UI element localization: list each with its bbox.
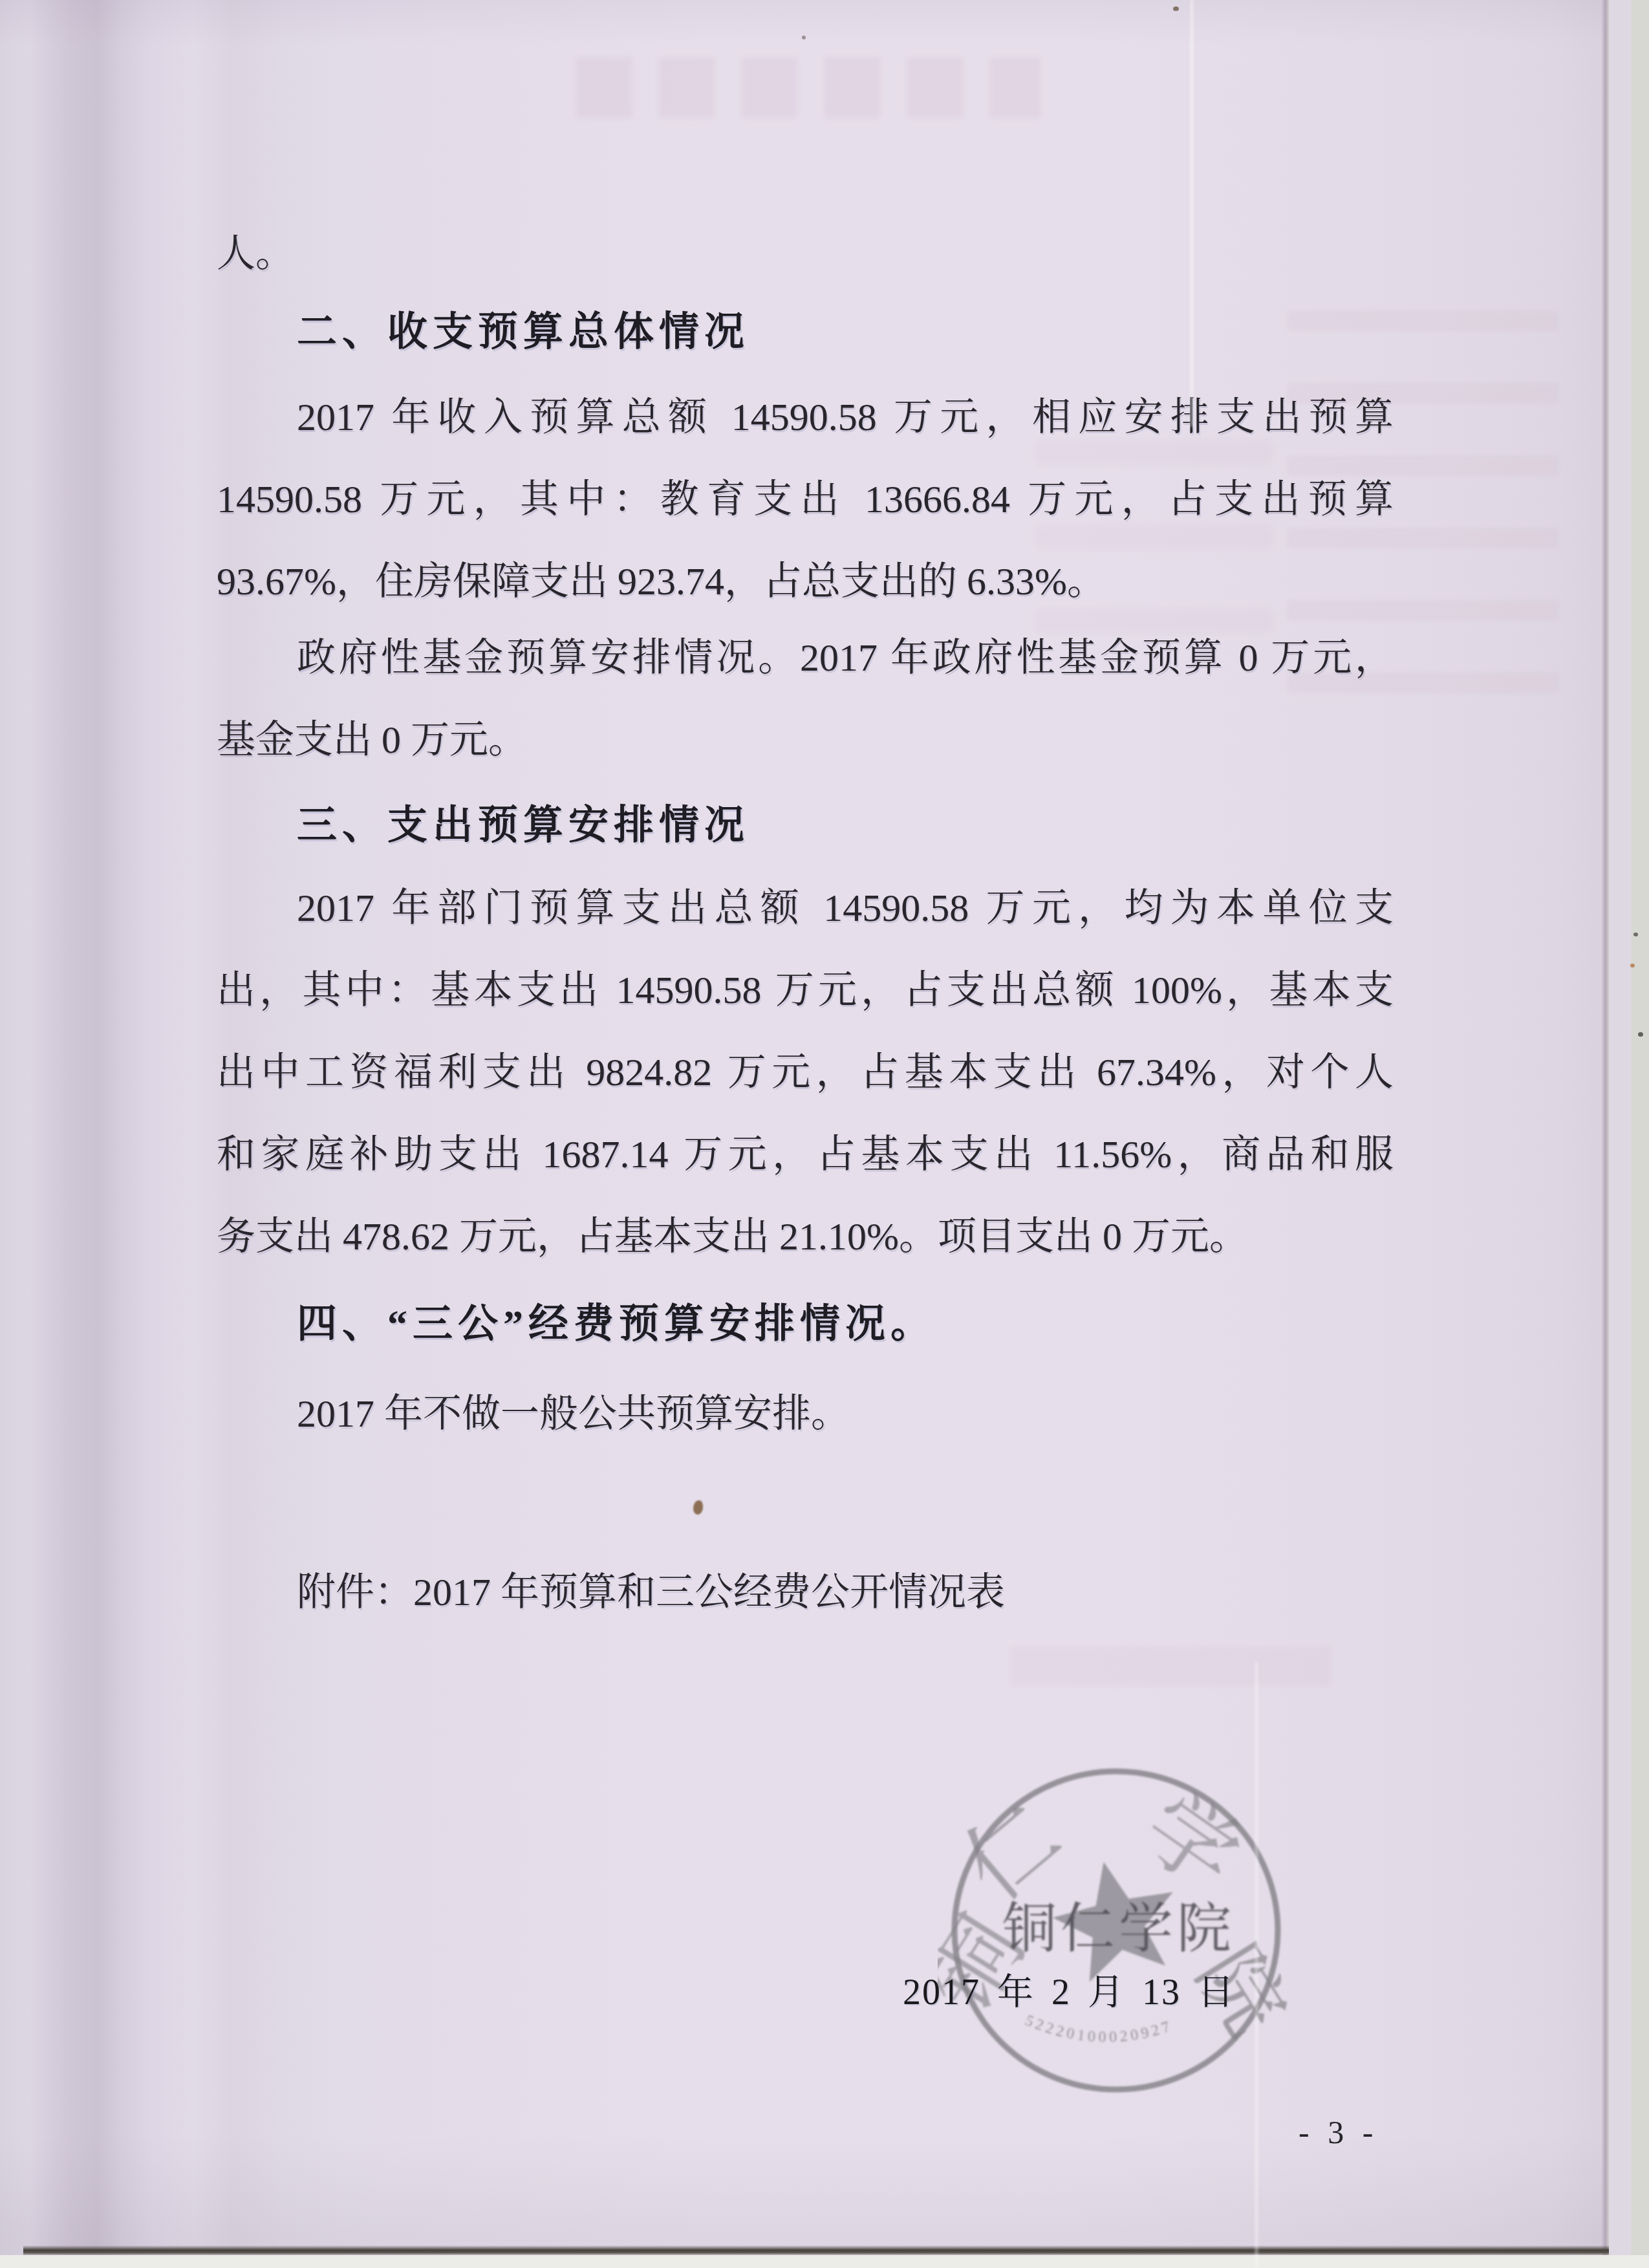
scanner-background-bottom xyxy=(0,2255,1649,2268)
body-text-line: 93.67%，住房保障支出 923.74，占总支出的 6.33%。 xyxy=(217,541,1394,623)
paper-crease xyxy=(1255,1662,1258,2268)
body-text-line: 务支出 478.62 万元，占基本支出 21.10%。项目支出 0 万元。 xyxy=(217,1196,1394,1278)
body-text-line: 2017 年收入预算总额 14590.58 万元，相应安排支出预算 xyxy=(217,376,1394,459)
dust-speck xyxy=(1633,933,1638,936)
page-bottom-edge xyxy=(23,2245,1609,2256)
attachment-line-block: 附件：2017 年预算和三公经费公开情况表 xyxy=(217,1551,1394,1634)
seal-arc-char: 学 xyxy=(1125,1775,1257,1909)
body-text-line: 基金支出 0 万元。 xyxy=(217,699,1394,781)
section-heading-4: 四、“三公”经费预算安排情况。 xyxy=(297,1284,936,1366)
dust-speck xyxy=(1630,964,1635,967)
under-page-sliver xyxy=(1609,0,1631,2256)
scanner-background-right xyxy=(1631,0,1649,2268)
body-text-line: 出，其中：基本支出 14590.58 万元，占支出总额 100%，基本支 xyxy=(217,949,1394,1031)
bleed-through-ghost-row xyxy=(1009,1646,1332,1687)
paragraph-gov-fund: 政府性基金预算安排情况。2017 年政府性基金预算 0 万元， 基金支出 0 万… xyxy=(217,617,1394,781)
svg-text:52220100020927: 52220100020927 xyxy=(1022,2012,1175,2046)
body-text-line: 和家庭补助支出 1687.14 万元，占基本支出 11.56%，商品和服 xyxy=(217,1114,1394,1196)
section-heading-2: 二、收支预算总体情况 xyxy=(297,292,749,374)
dust-speck xyxy=(802,36,806,39)
body-text-line: 人。 xyxy=(217,213,1394,295)
official-seal: 铜 仁 学 院 铜仁学院 52220100020927 xyxy=(938,1756,1300,2105)
carryover-line: 人。 xyxy=(217,213,1394,295)
body-text-line: 政府性基金预算安排情况。2017 年政府性基金预算 0 万元， xyxy=(217,617,1394,699)
seal-org-text: 铜仁学院 xyxy=(1002,1899,1235,1960)
body-text-line: 2017 年部门预算支出总额 14590.58 万元，均为本单位支 xyxy=(217,867,1394,949)
body-text-line: 出中工资福利支出 9824.82 万元，占基本支出 67.34%，对个人 xyxy=(217,1031,1394,1114)
seal-serial: 52220100020927 xyxy=(1022,2012,1175,2046)
body-text-line: 2017 年不做一般公共预算安排。 xyxy=(217,1373,1394,1455)
page-number: - 3 - xyxy=(1299,2113,1378,2151)
dust-speck xyxy=(1173,6,1179,11)
paragraph-overall-budget: 2017 年收入预算总额 14590.58 万元，相应安排支出预算 14590.… xyxy=(217,376,1394,623)
dust-speck xyxy=(1638,1032,1643,1037)
section-heading-3: 三、支出预算安排情况 xyxy=(297,785,749,867)
attachment-line: 附件：2017 年预算和三公经费公开情况表 xyxy=(217,1551,1394,1634)
paper-crease xyxy=(1191,0,1193,427)
page-right-edge xyxy=(1601,0,1609,2256)
bleed-through-ghost-title xyxy=(576,57,1041,118)
paragraph-expenditure: 2017 年部门预算支出总额 14590.58 万元，均为本单位支 出，其中：基… xyxy=(217,867,1394,1278)
scanned-page: 人。 二、收支预算总体情况 2017 年收入预算总额 14590.58 万元，相… xyxy=(0,0,1649,2268)
date-line: 2017 年 2 月 13 日 xyxy=(903,1970,1235,2015)
body-text-line: 14590.58 万元，其中：教育支出 13666.84 万元，占支出预算 xyxy=(217,459,1394,541)
paragraph-sangong: 2017 年不做一般公共预算安排。 xyxy=(217,1373,1394,1455)
